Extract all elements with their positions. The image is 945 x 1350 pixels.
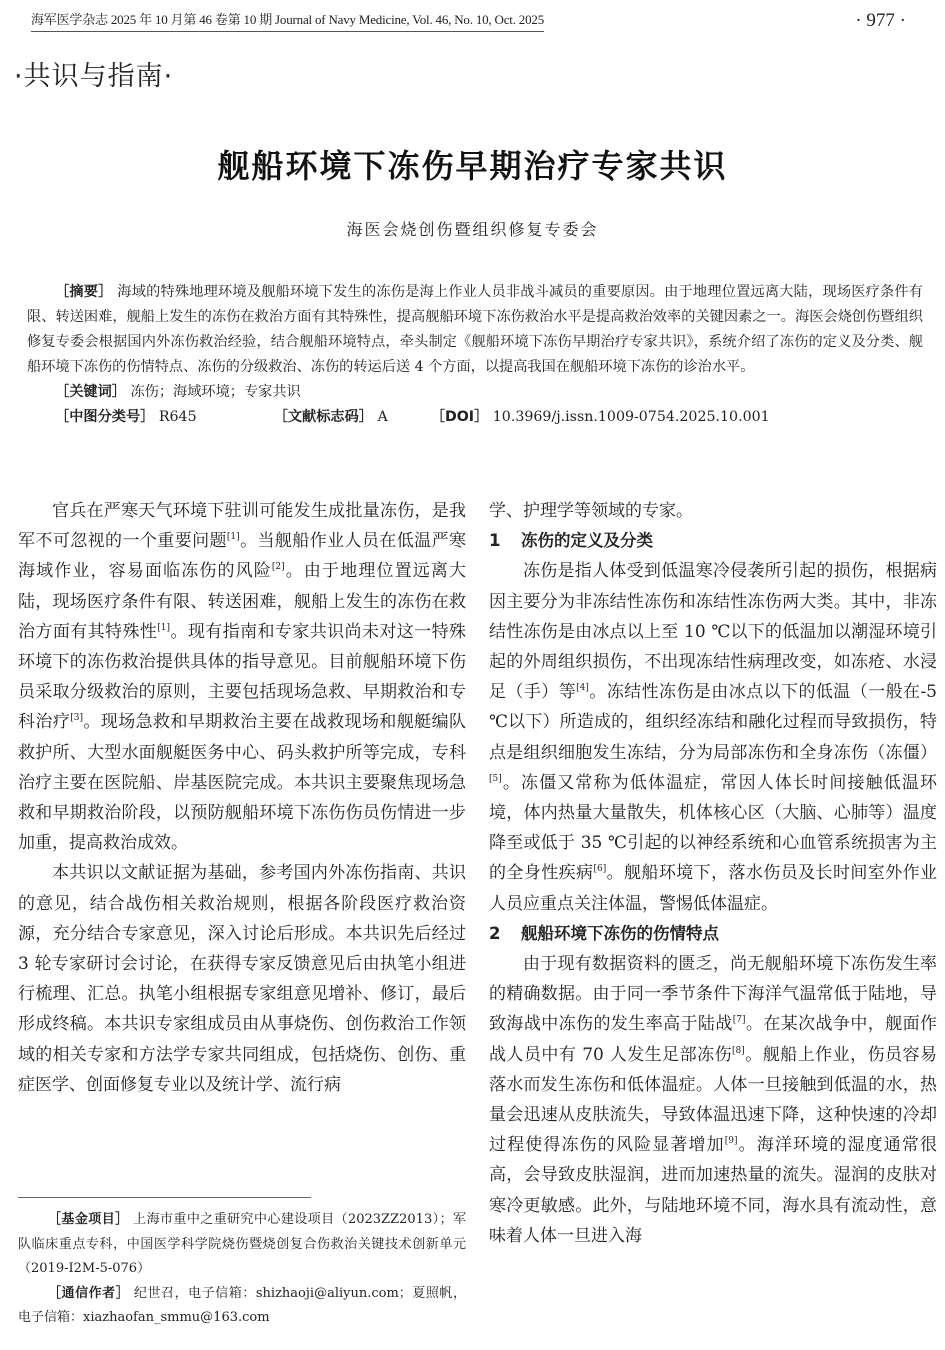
citation-ref[interactable]: [8] <box>732 1046 745 1056</box>
citation-ref[interactable]: [7] <box>733 1015 746 1025</box>
section-1-paragraph: 冻伤是指人体受到低温寒冷侵袭所引起的损伤，根据病因主要分为非冻结性冻伤和冻结性冻… <box>489 556 937 918</box>
section-1-heading: 1冻伤的定义及分类 <box>489 526 937 556</box>
intro-paragraph-2: 本共识以文献证据为基础，参考国内外冻伤指南、共识的意见，结合战伤相关救治规则，根… <box>18 858 466 1100</box>
classification-line: ［中图分类号］ R645 ［文献标志码］ A ［DOI］ 10.3969/j.i… <box>27 405 923 430</box>
doi-value[interactable]: 10.3969/j.issn.1009-0754.2025.10.001 <box>493 409 770 425</box>
doi-label: ［DOI］ <box>431 409 489 425</box>
text: 。现场急救和早期救治主要在战救现场和舰艇编队救护所、大型水面舰艇医务中心、码头救… <box>18 712 466 853</box>
keywords: ［关键词］ 冻伤；海域环境；专家共识 <box>27 380 923 405</box>
citation-ref[interactable]: [1] <box>157 623 170 633</box>
citation-ref[interactable]: [3] <box>70 713 83 723</box>
continuation-text: 学、护理学等领域的专家。 <box>489 496 937 526</box>
abstract-label: ［摘要］ <box>55 284 113 300</box>
citation-ref[interactable]: [2] <box>272 562 285 572</box>
intro-paragraph-1: 官兵在严寒天气环境下驻训可能发生成批量冻伤，是我军不可忽视的一个重要问题[1]。… <box>18 496 466 858</box>
keywords-label: ［关键词］ <box>55 384 126 400</box>
citation-ref[interactable]: [4] <box>576 683 589 693</box>
running-head: 海军医学杂志 2025 年 10 月第 46 卷第 10 期 Journal o… <box>31 10 941 36</box>
corresponding-author-note: ［通信作者］ 纪世召，电子信箱：shizhaoji@aliyun.com；夏照帆… <box>18 1282 466 1331</box>
doc-code-value: A <box>377 409 387 425</box>
funding-label: ［基金项目］ <box>48 1212 129 1227</box>
column-tag: ·共识与指南· <box>14 60 173 94</box>
page-number: · 977 · <box>855 10 906 32</box>
funding-note: ［基金项目］ 上海市重中之重研究中心建设项目（2023ZZ2013）；军队临床重… <box>18 1208 466 1282</box>
article-title: 舰船环境下冻伤早期治疗专家共识 <box>0 145 945 187</box>
right-column: 学、护理学等领域的专家。 1冻伤的定义及分类 冻伤是指人体受到低温寒冷侵袭所引起… <box>489 496 937 1251</box>
citation-ref[interactable]: [1] <box>227 532 240 542</box>
section-2-heading: 2舰船环境下冻伤的伤情特点 <box>489 919 937 949</box>
corresponding-label: ［通信作者］ <box>48 1286 129 1301</box>
section-title: 舰船环境下冻伤的伤情特点 <box>521 924 719 943</box>
clc-value: R645 <box>159 409 197 425</box>
section-title: 冻伤的定义及分类 <box>521 531 653 550</box>
journal-citation: 海军医学杂志 2025 年 10 月第 46 卷第 10 期 Journal o… <box>31 10 544 32</box>
abstract-text: 海域的特殊地理环境及舰船环境下发生的冻伤是海上作业人员非战斗减员的重要原因。由于… <box>27 284 923 375</box>
footnotes: ［基金项目］ 上海市重中之重研究中心建设项目（2023ZZ2013）；军队临床重… <box>18 1208 466 1331</box>
citation-ref[interactable]: [5] <box>489 774 502 784</box>
section-2-paragraph: 由于现有数据资料的匮乏，尚无舰船环境下冻伤发生率的精确数据。由于同一季节条件下海… <box>489 949 937 1251</box>
authors: 海医会烧创伤暨组织修复专委会 <box>0 218 945 242</box>
clc-label: ［中图分类号］ <box>55 409 154 425</box>
section-number: 1 <box>489 526 521 556</box>
left-column: 官兵在严寒天气环境下驻训可能发生成批量冻伤，是我军不可忽视的一个重要问题[1]。… <box>18 496 466 1100</box>
abstract-block: ［摘要］ 海域的特殊地理环境及舰船环境下发生的冻伤是海上作业人员非战斗减员的重要… <box>27 280 923 430</box>
abstract: ［摘要］ 海域的特殊地理环境及舰船环境下发生的冻伤是海上作业人员非战斗减员的重要… <box>27 280 923 380</box>
footnote-divider <box>18 1197 311 1198</box>
citation-ref[interactable]: [6] <box>593 864 606 874</box>
doc-code-label: ［文献标志码］ <box>274 409 373 425</box>
keywords-text: 冻伤；海域环境；专家共识 <box>130 384 300 400</box>
citation-ref[interactable]: [9] <box>725 1136 738 1146</box>
section-number: 2 <box>489 919 521 949</box>
